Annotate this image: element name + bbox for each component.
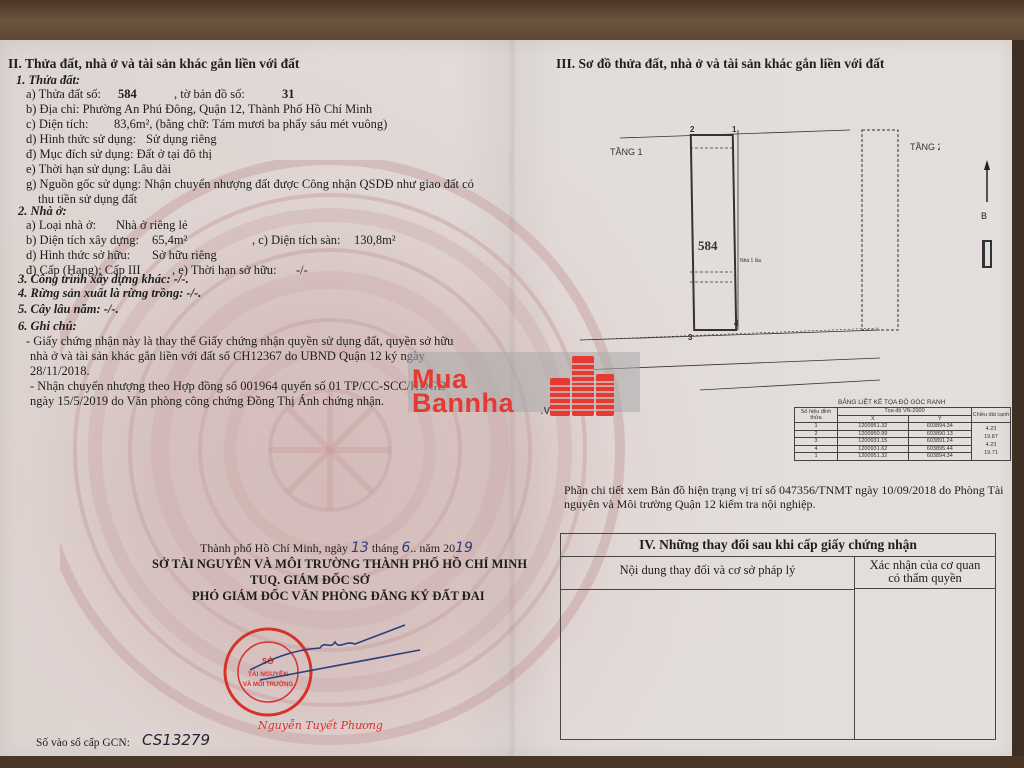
vertex-no: 2 <box>795 430 838 438</box>
ownership-value: Sở hữu riêng <box>152 248 217 262</box>
note-line: - Nhận chuyển nhượng theo Hợp đồng số 00… <box>30 379 446 393</box>
build-area-row: b) Diện tích xây dựng: 65,4m² , c) Diện … <box>26 233 139 247</box>
changes-table: IV. Những thay đổi sau khi cấp giấy chứn… <box>560 533 996 740</box>
parcel-no: 584 <box>118 87 137 101</box>
date-year: 19 <box>455 540 473 556</box>
term-label: e) Thời hạn sử dụng: <box>26 162 130 176</box>
floor-1-label: TẦNG 1 <box>610 147 643 157</box>
coord-table: Số hiệu đỉnh thửa Tọa độ VN-2000 Chiều d… <box>794 407 1011 461</box>
forest: 4. Rừng sản xuất là rừng trồng: -/-. <box>18 285 201 301</box>
col-y: Y <box>908 415 971 423</box>
changes-confirmation-cell <box>855 590 995 739</box>
vertex-no: 1 <box>795 453 838 461</box>
coord-x: 1200931.15 <box>838 438 909 446</box>
build-area-value: 65,4m² <box>152 233 187 247</box>
house-type-value: Nhà ở riêng lẻ <box>116 218 188 232</box>
col-system: Tọa độ VN-2000 <box>838 408 972 416</box>
svg-text:2: 2 <box>690 125 695 134</box>
own-term-value: -/- <box>296 263 308 277</box>
date-day: 13 <box>351 540 369 556</box>
coord-y: 603890.13 <box>908 430 971 438</box>
build-area-label: b) Diện tích xây dựng: <box>26 233 139 247</box>
area-row: c) Diện tích: 83,6m², (bằng chữ: Tám mươ… <box>26 117 88 131</box>
use-form-label: d) Hình thức sử dụng: <box>26 132 136 146</box>
origin-value: Nhận chuyển nhượng đất được Công nhận QS… <box>144 177 474 191</box>
use-form-value: Sử dụng riêng <box>146 132 217 146</box>
year-label: năm 20 <box>419 541 455 555</box>
detail-note-line2: nguyên và Môi trường Quận 12 kiểm tra nộ… <box>564 496 815 512</box>
section-iii-title: III. Sơ đồ thửa đất, nhà ở và tài sản kh… <box>556 56 884 72</box>
north-label: B <box>981 208 987 224</box>
map-sheet-label: , tờ bản đồ số: <box>174 87 245 101</box>
parcel-label: a) Thửa đất số: <box>26 87 101 101</box>
parcel-row: a) Thửa đất số: 584 , tờ bản đồ số: 31 <box>26 87 101 101</box>
coord-row: 11200951.32603894.344.2319.874.2319.71 <box>795 423 1011 431</box>
changes-table-title: IV. Những thay đổi sau khi cấp giấy chứn… <box>561 534 995 557</box>
house-type-row: a) Loại nhà ở: Nhà ở riêng lẻ <box>26 218 96 232</box>
signature <box>230 620 430 690</box>
month-label: tháng <box>372 541 399 555</box>
issuing-authority: SỞ TÀI NGUYÊN VÀ MÔI TRƯỜNG THÀNH PHỐ HỒ… <box>152 556 527 572</box>
origin-label: g) Nguồn gốc sử dụng: <box>26 177 141 191</box>
note-line: nhà ở và tài sản khác gắn liền với đất s… <box>30 349 425 363</box>
coord-x: 1200951.32 <box>838 423 909 431</box>
col-x: X <box>838 415 909 423</box>
floor-area-label: , c) Diện tích sàn: <box>252 233 341 247</box>
col-vertex: Số hiệu đỉnh thửa <box>795 408 838 423</box>
coord-y: 603891.24 <box>908 438 971 446</box>
coord-x: 1200950.99 <box>838 430 909 438</box>
svg-text:1: 1 <box>732 125 737 134</box>
edge-lengths: 4.2319.874.2319.71 <box>972 423 1011 461</box>
term-value: Lâu dài <box>133 162 171 176</box>
place-date: Thành phố Hồ Chí Minh, ngày 13 tháng 6..… <box>200 540 473 556</box>
area-value: 83,6m², (bằng chữ: Tám mươi ba phẩy sáu … <box>114 117 387 131</box>
changes-content-cell <box>561 590 855 739</box>
purpose-value: Đất ở tại đô thị <box>137 147 212 161</box>
vertex-no: 1 <box>795 423 838 431</box>
changes-col-confirmation: Xác nhận của cơ quan có thẩm quyền <box>855 557 995 589</box>
changes-col-content: Nội dung thay đổi và cơ sở pháp lý <box>561 557 855 590</box>
watermark-line2: Bannha <box>412 390 514 417</box>
address-label: b) Địa chỉ: <box>26 102 79 116</box>
vertex-no: 3 <box>795 438 838 446</box>
coord-x: 1200951.32 <box>838 453 909 461</box>
address-row: b) Địa chỉ: Phường An Phú Đông, Quận 12,… <box>26 102 372 116</box>
signer-title: PHÓ GIÁM ĐỐC VĂN PHÒNG ĐĂNG KÝ ĐẤT ĐAI <box>192 588 485 604</box>
notes-heading: 6. Ghi chú: <box>18 318 77 334</box>
table-edge <box>1012 40 1024 758</box>
note-line: 28/11/2018. <box>30 364 90 378</box>
use-form-row: d) Hình thức sử dụng: Sử dụng riêng <box>26 132 136 146</box>
note-line: - Giấy chứng nhận này là thay thế Giấy c… <box>26 334 453 348</box>
building-logo-icon <box>550 356 614 416</box>
area-label: c) Diện tích: <box>26 117 88 131</box>
coord-table-title: BẢNG LIỆT KÊ TỌA ĐỘ GÓC RANH <box>838 399 945 406</box>
confirmation-line2: có thẩm quyền <box>855 572 995 585</box>
land-heading: 1. Thửa đất: <box>16 72 80 88</box>
registry-label: Số vào sổ cấp GCN: <box>36 735 130 751</box>
registry-number: CS13279 <box>142 732 210 748</box>
section-ii-title: II. Thửa đất, nhà ở và tài sản khác gắn … <box>8 56 299 72</box>
floor-2-label: TẦNG 2 <box>910 142 940 152</box>
floor-area-value: 130,8m² <box>354 233 396 247</box>
house-type-label: a) Loại nhà ở: <box>26 218 96 232</box>
coord-y: 603894.34 <box>908 423 971 431</box>
map-sheet-no: 31 <box>282 87 295 101</box>
date-month: 6 <box>402 540 411 556</box>
authorization-line: TUQ. GIÁM ĐỐC SỞ <box>250 572 369 588</box>
ownership-row: d) Hình thức sở hữu: Sở hữu riêng <box>26 248 130 262</box>
place-date-prefix: Thành phố Hồ Chí Minh, ngày <box>200 541 348 555</box>
neighbor-label: Nhà 1 lầu <box>740 258 762 264</box>
signer-name: Nguyễn Tuyết Phương <box>258 718 383 734</box>
origin-row: g) Nguồn gốc sử dụng: Nhận chuyển nhượng… <box>26 177 474 191</box>
perennial-trees: 5. Cây lâu năm: -/-. <box>18 301 119 317</box>
col-edge: Chiều dài cạnh <box>972 408 1011 423</box>
parcel-number-label: 584 <box>698 238 718 253</box>
coord-y: 603895.44 <box>908 445 971 453</box>
svg-text:3: 3 <box>688 333 693 342</box>
house-heading: 2. Nhà ở: <box>18 203 67 219</box>
purpose-row: đ) Mục đích sử dụng: Đất ở tại đô thị <box>26 147 212 161</box>
address-value: Phường An Phú Đông, Quận 12, Thành Phố H… <box>83 102 373 116</box>
term-row: e) Thời hạn sử dụng: Lâu dài <box>26 162 171 176</box>
ownership-label: d) Hình thức sở hữu: <box>26 248 130 262</box>
purpose-label: đ) Mục đích sử dụng: <box>26 147 133 161</box>
svg-text:4: 4 <box>734 319 739 328</box>
note-line: ngày 15/5/2019 do Văn phòng công chứng Đ… <box>30 394 384 408</box>
coord-y: 603894.34 <box>908 453 971 461</box>
vertex-no: 4 <box>795 445 838 453</box>
wooden-table-top <box>0 0 1024 44</box>
coord-x: 1200931.62 <box>838 445 909 453</box>
